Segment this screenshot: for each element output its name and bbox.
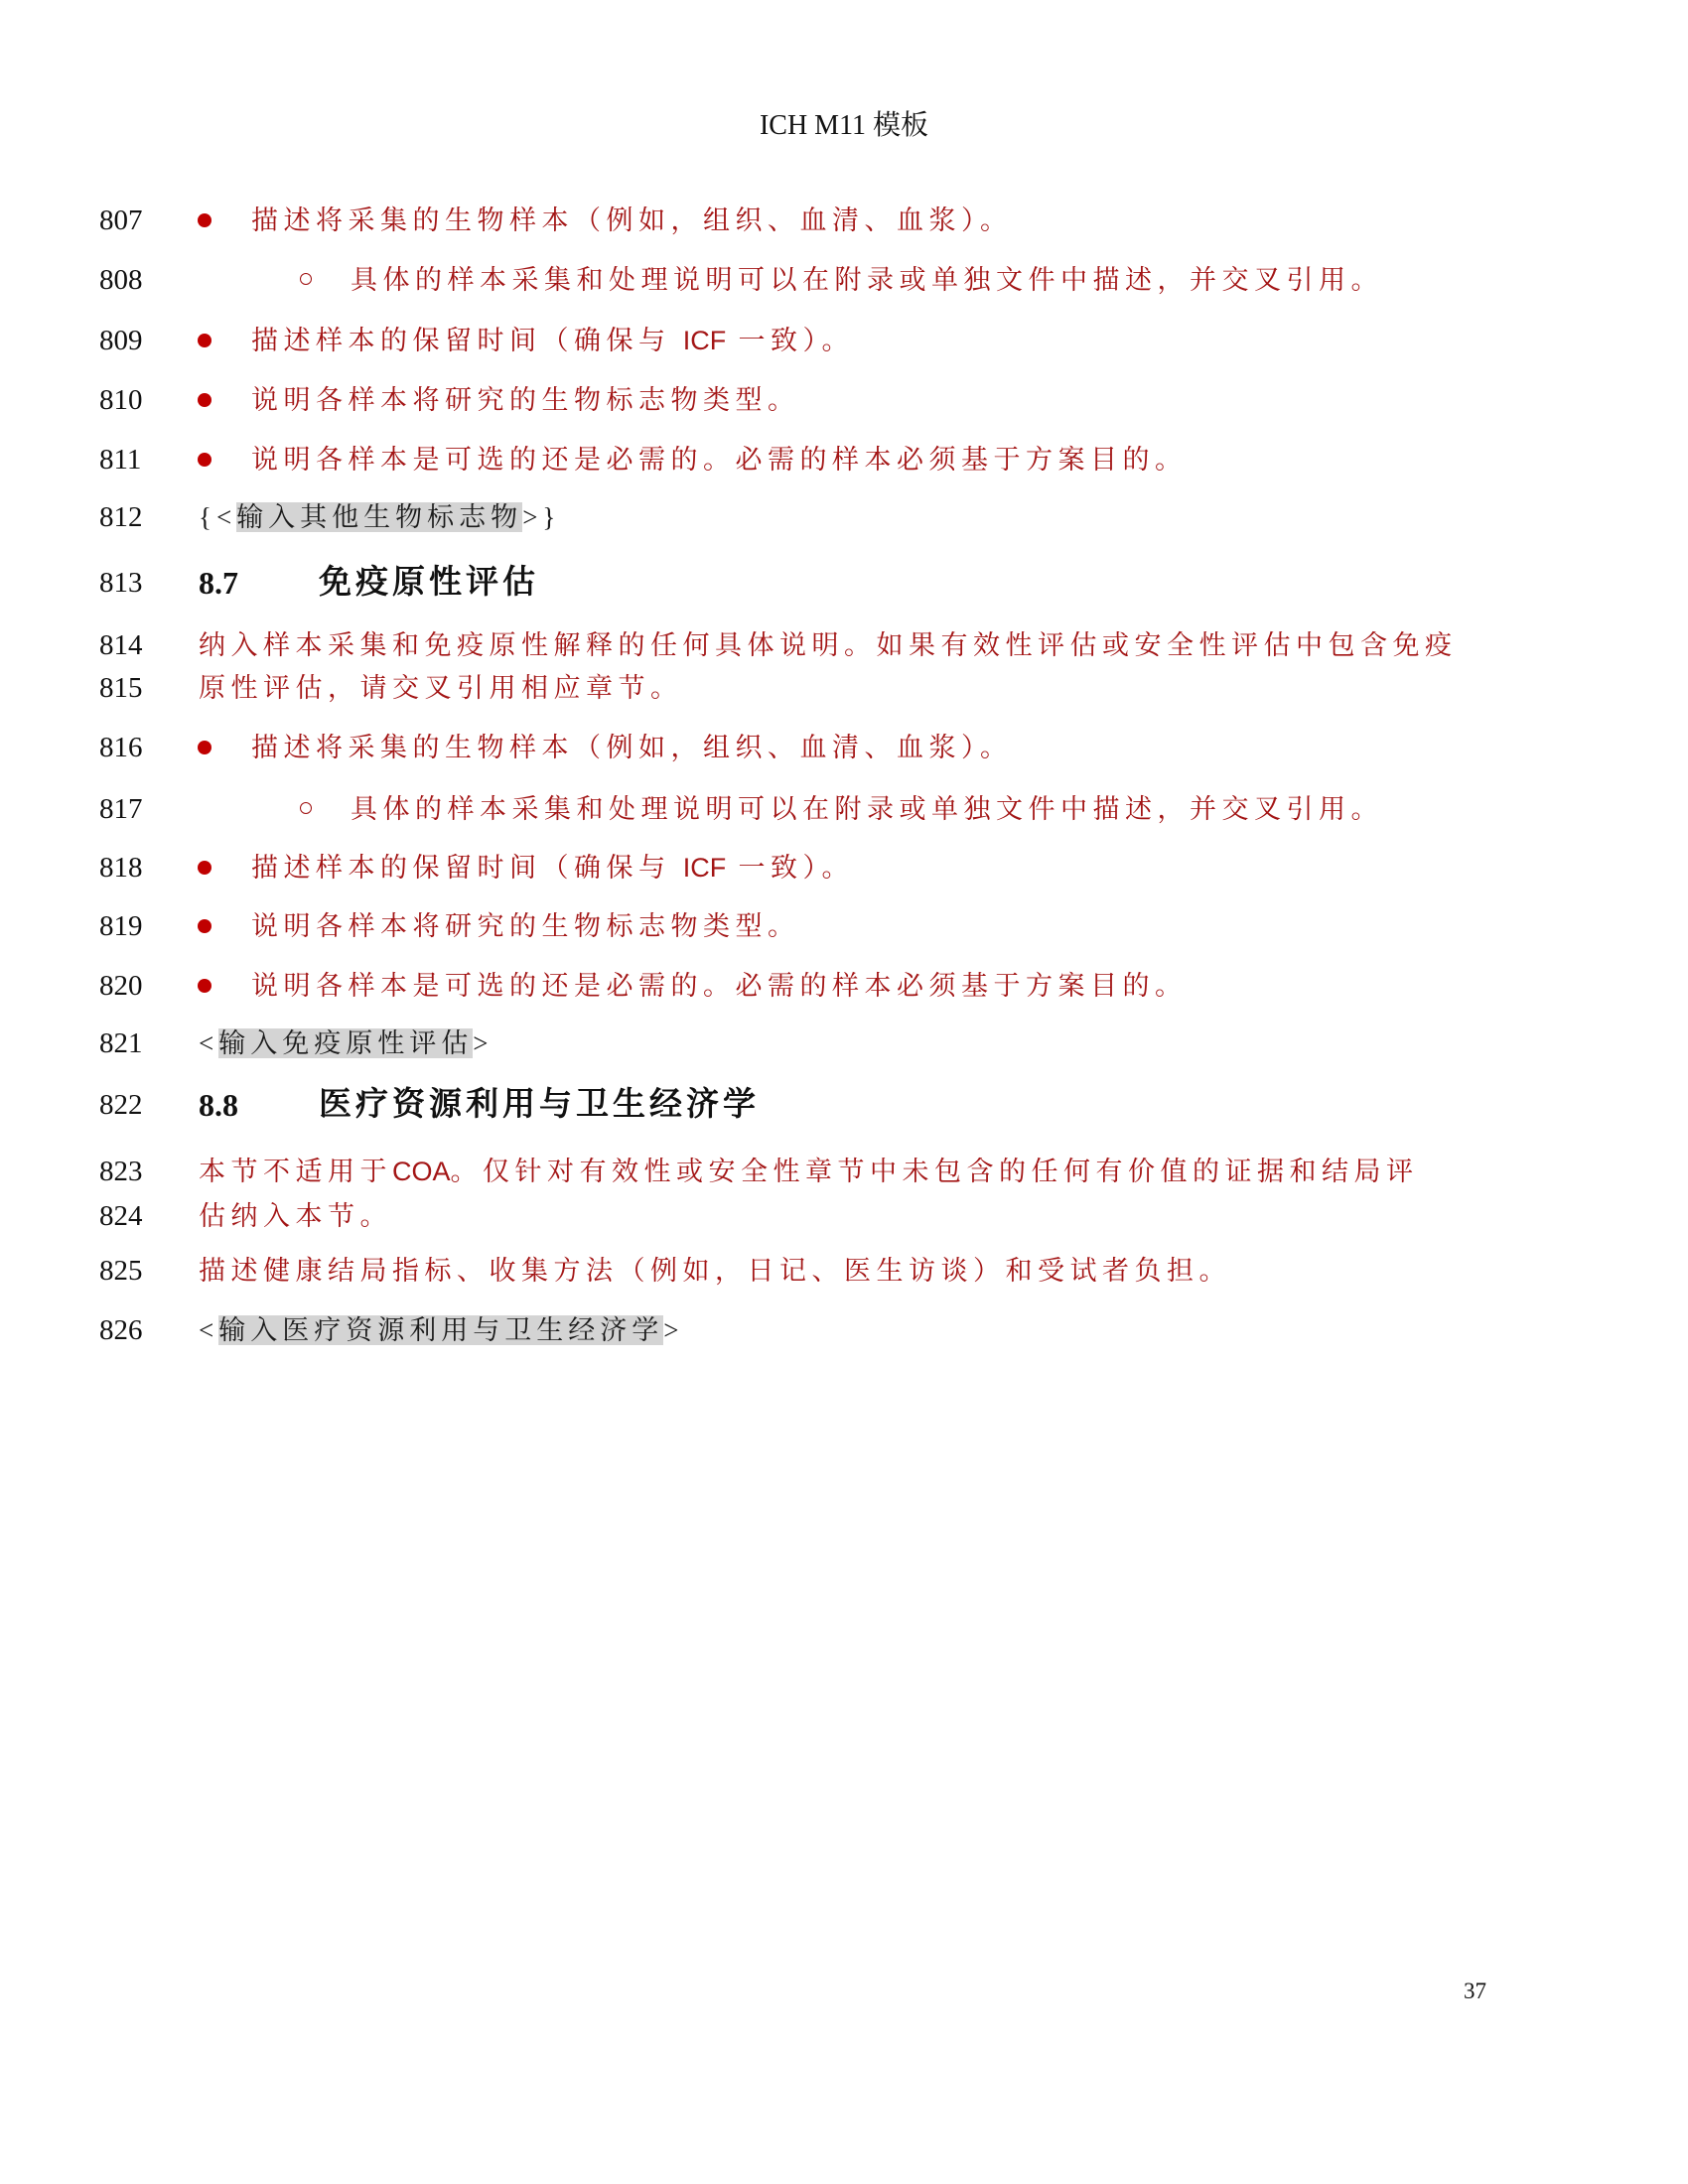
- line-number: 817: [99, 787, 159, 831]
- instruction-text: 纳入样本采集和免疫原性解释的任何具体说明。如果有效性评估或安全性评估中包含免疫: [199, 623, 1458, 667]
- line-number: 824: [99, 1194, 159, 1238]
- line-825: 825 描述健康结局指标、收集方法（例如，日记、医生访谈）和受试者负担。: [0, 1249, 1688, 1293]
- line-number: 822: [99, 1083, 159, 1127]
- abbreviation-icf: ICF: [683, 326, 727, 355]
- bullet-icon: [198, 453, 211, 467]
- instruction-text: 具体的样本采集和处理说明可以在附录或单独文件中描述，并交叉引用。: [351, 787, 1383, 831]
- line-816: 816 描述将采集的生物样本（例如，组织、血清、血浆）。: [0, 726, 1688, 769]
- bullet-icon: [198, 393, 211, 407]
- line-number: 812: [99, 495, 159, 539]
- line-number: 823: [99, 1150, 159, 1193]
- line-number: 821: [99, 1022, 159, 1065]
- line-number: 810: [99, 378, 159, 422]
- placeholder-suffix: >: [663, 1315, 683, 1345]
- section-title: 医疗资源利用与卫生经济学: [319, 1083, 760, 1127]
- line-number: 818: [99, 846, 159, 889]
- placeholder-line: <输入医疗资源利用与卫生经济学>: [199, 1308, 683, 1352]
- placeholder-field-healthcare-resource[interactable]: 输入医疗资源利用与卫生经济学: [218, 1315, 663, 1345]
- instruction-text: 说明各样本是可选的还是必需的。必需的样本必须基于方案目的。: [251, 438, 1188, 481]
- line-number: 813: [99, 561, 159, 605]
- placeholder-prefix: <: [199, 1315, 218, 1345]
- bullet-icon: [198, 861, 211, 875]
- placeholder-line: {<输入其他生物标志物>}: [199, 495, 560, 539]
- bullet-icon: [198, 213, 211, 227]
- sub-bullet-icon: [300, 802, 312, 814]
- placeholder-field-other-biomarkers[interactable]: 输入其他生物标志物: [236, 502, 522, 532]
- line-815: 815 原性评估，请交叉引用相应章节。: [0, 666, 1688, 710]
- text-part: 一致）。: [739, 326, 855, 355]
- line-number: 807: [99, 199, 159, 242]
- line-821: 821 <输入免疫原性评估>: [0, 1022, 1688, 1065]
- instruction-text: 描述将采集的生物样本（例如，组织、血清、血浆）。: [251, 726, 1013, 769]
- line-818: 818 描述样本的保留时间（确保与 ICF 一致）。: [0, 846, 1688, 889]
- bullet-icon: [198, 741, 211, 754]
- line-number: 825: [99, 1249, 159, 1293]
- text-part: 本节不适用于: [199, 1157, 392, 1186]
- instruction-text: 原性评估，请交叉引用相应章节。: [199, 666, 683, 710]
- placeholder-line: <输入免疫原性评估>: [199, 1022, 492, 1065]
- text-part: 描述样本的保留时间（确保与: [251, 326, 671, 355]
- instruction-text: 本节不适用于COA。仅针对有效性或安全性章节中未包含的任何有价值的证据和结局评: [199, 1150, 1419, 1193]
- placeholder-prefix: {<: [199, 502, 236, 532]
- line-808: 808 具体的样本采集和处理说明可以在附录或单独文件中描述，并交叉引用。: [0, 258, 1688, 302]
- line-number: 815: [99, 666, 159, 710]
- bullet-icon: [198, 334, 211, 347]
- instruction-text: 说明各样本将研究的生物标志物类型。: [251, 904, 800, 948]
- page-header-title: ICH M11 模板: [0, 103, 1688, 143]
- abbreviation-coa: COA: [392, 1157, 451, 1186]
- abbreviation-icf: ICF: [683, 853, 727, 883]
- instruction-text: 估纳入本节。: [199, 1194, 392, 1238]
- instruction-text: 描述将采集的生物样本（例如，组织、血清、血浆）。: [251, 199, 1013, 242]
- section-title: 免疫原性评估: [319, 561, 539, 605]
- text-part: 。仅针对有效性或安全性章节中未包含的任何有价值的证据和结局评: [451, 1157, 1419, 1186]
- line-809: 809 描述样本的保留时间（确保与 ICF 一致）。: [0, 319, 1688, 362]
- line-number: 816: [99, 726, 159, 769]
- section-number: 8.8: [199, 1083, 238, 1127]
- line-number: 814: [99, 623, 159, 667]
- line-817: 817 具体的样本采集和处理说明可以在附录或单独文件中描述，并交叉引用。: [0, 787, 1688, 831]
- line-number: 811: [99, 438, 159, 481]
- text-part: 描述样本的保留时间（确保与: [251, 853, 671, 883]
- line-824: 824 估纳入本节。: [0, 1194, 1688, 1238]
- line-813: 813 8.7 免疫原性评估: [0, 561, 1688, 605]
- line-826: 826 <输入医疗资源利用与卫生经济学>: [0, 1308, 1688, 1352]
- line-810: 810 说明各样本将研究的生物标志物类型。: [0, 378, 1688, 422]
- instruction-text: 具体的样本采集和处理说明可以在附录或单独文件中描述，并交叉引用。: [351, 258, 1383, 302]
- placeholder-prefix: <: [199, 1028, 218, 1058]
- line-number: 820: [99, 964, 159, 1008]
- line-811: 811 说明各样本是可选的还是必需的。必需的样本必须基于方案目的。: [0, 438, 1688, 481]
- sub-bullet-icon: [300, 273, 312, 285]
- line-822: 822 8.8 医疗资源利用与卫生经济学: [0, 1083, 1688, 1127]
- instruction-text: 描述健康结局指标、收集方法（例如，日记、医生访谈）和受试者负担。: [199, 1249, 1231, 1293]
- placeholder-suffix: >: [473, 1028, 492, 1058]
- instruction-text: 描述样本的保留时间（确保与 ICF 一致）。: [251, 846, 854, 889]
- bullet-icon: [198, 979, 211, 993]
- section-number: 8.7: [199, 561, 238, 605]
- line-823: 823 本节不适用于COA。仅针对有效性或安全性章节中未包含的任何有价值的证据和…: [0, 1150, 1688, 1193]
- line-812: 812 {<输入其他生物标志物>}: [0, 495, 1688, 539]
- line-number: 819: [99, 904, 159, 948]
- line-number: 809: [99, 319, 159, 362]
- placeholder-field-immunogenicity[interactable]: 输入免疫原性评估: [218, 1028, 473, 1058]
- instruction-text: 说明各样本将研究的生物标志物类型。: [251, 378, 800, 422]
- text-part: 一致）。: [739, 853, 855, 883]
- line-number: 808: [99, 258, 159, 302]
- page-number: 37: [1464, 1979, 1486, 2004]
- placeholder-suffix: >}: [522, 502, 560, 532]
- line-807: 807 描述将采集的生物样本（例如，组织、血清、血浆）。: [0, 199, 1688, 242]
- instruction-text: 说明各样本是可选的还是必需的。必需的样本必须基于方案目的。: [251, 964, 1188, 1008]
- line-820: 820 说明各样本是可选的还是必需的。必需的样本必须基于方案目的。: [0, 964, 1688, 1008]
- instruction-text: 描述样本的保留时间（确保与 ICF 一致）。: [251, 319, 854, 362]
- line-814: 814 纳入样本采集和免疫原性解释的任何具体说明。如果有效性评估或安全性评估中包…: [0, 623, 1688, 667]
- line-819: 819 说明各样本将研究的生物标志物类型。: [0, 904, 1688, 948]
- bullet-icon: [198, 919, 211, 933]
- line-number: 826: [99, 1308, 159, 1352]
